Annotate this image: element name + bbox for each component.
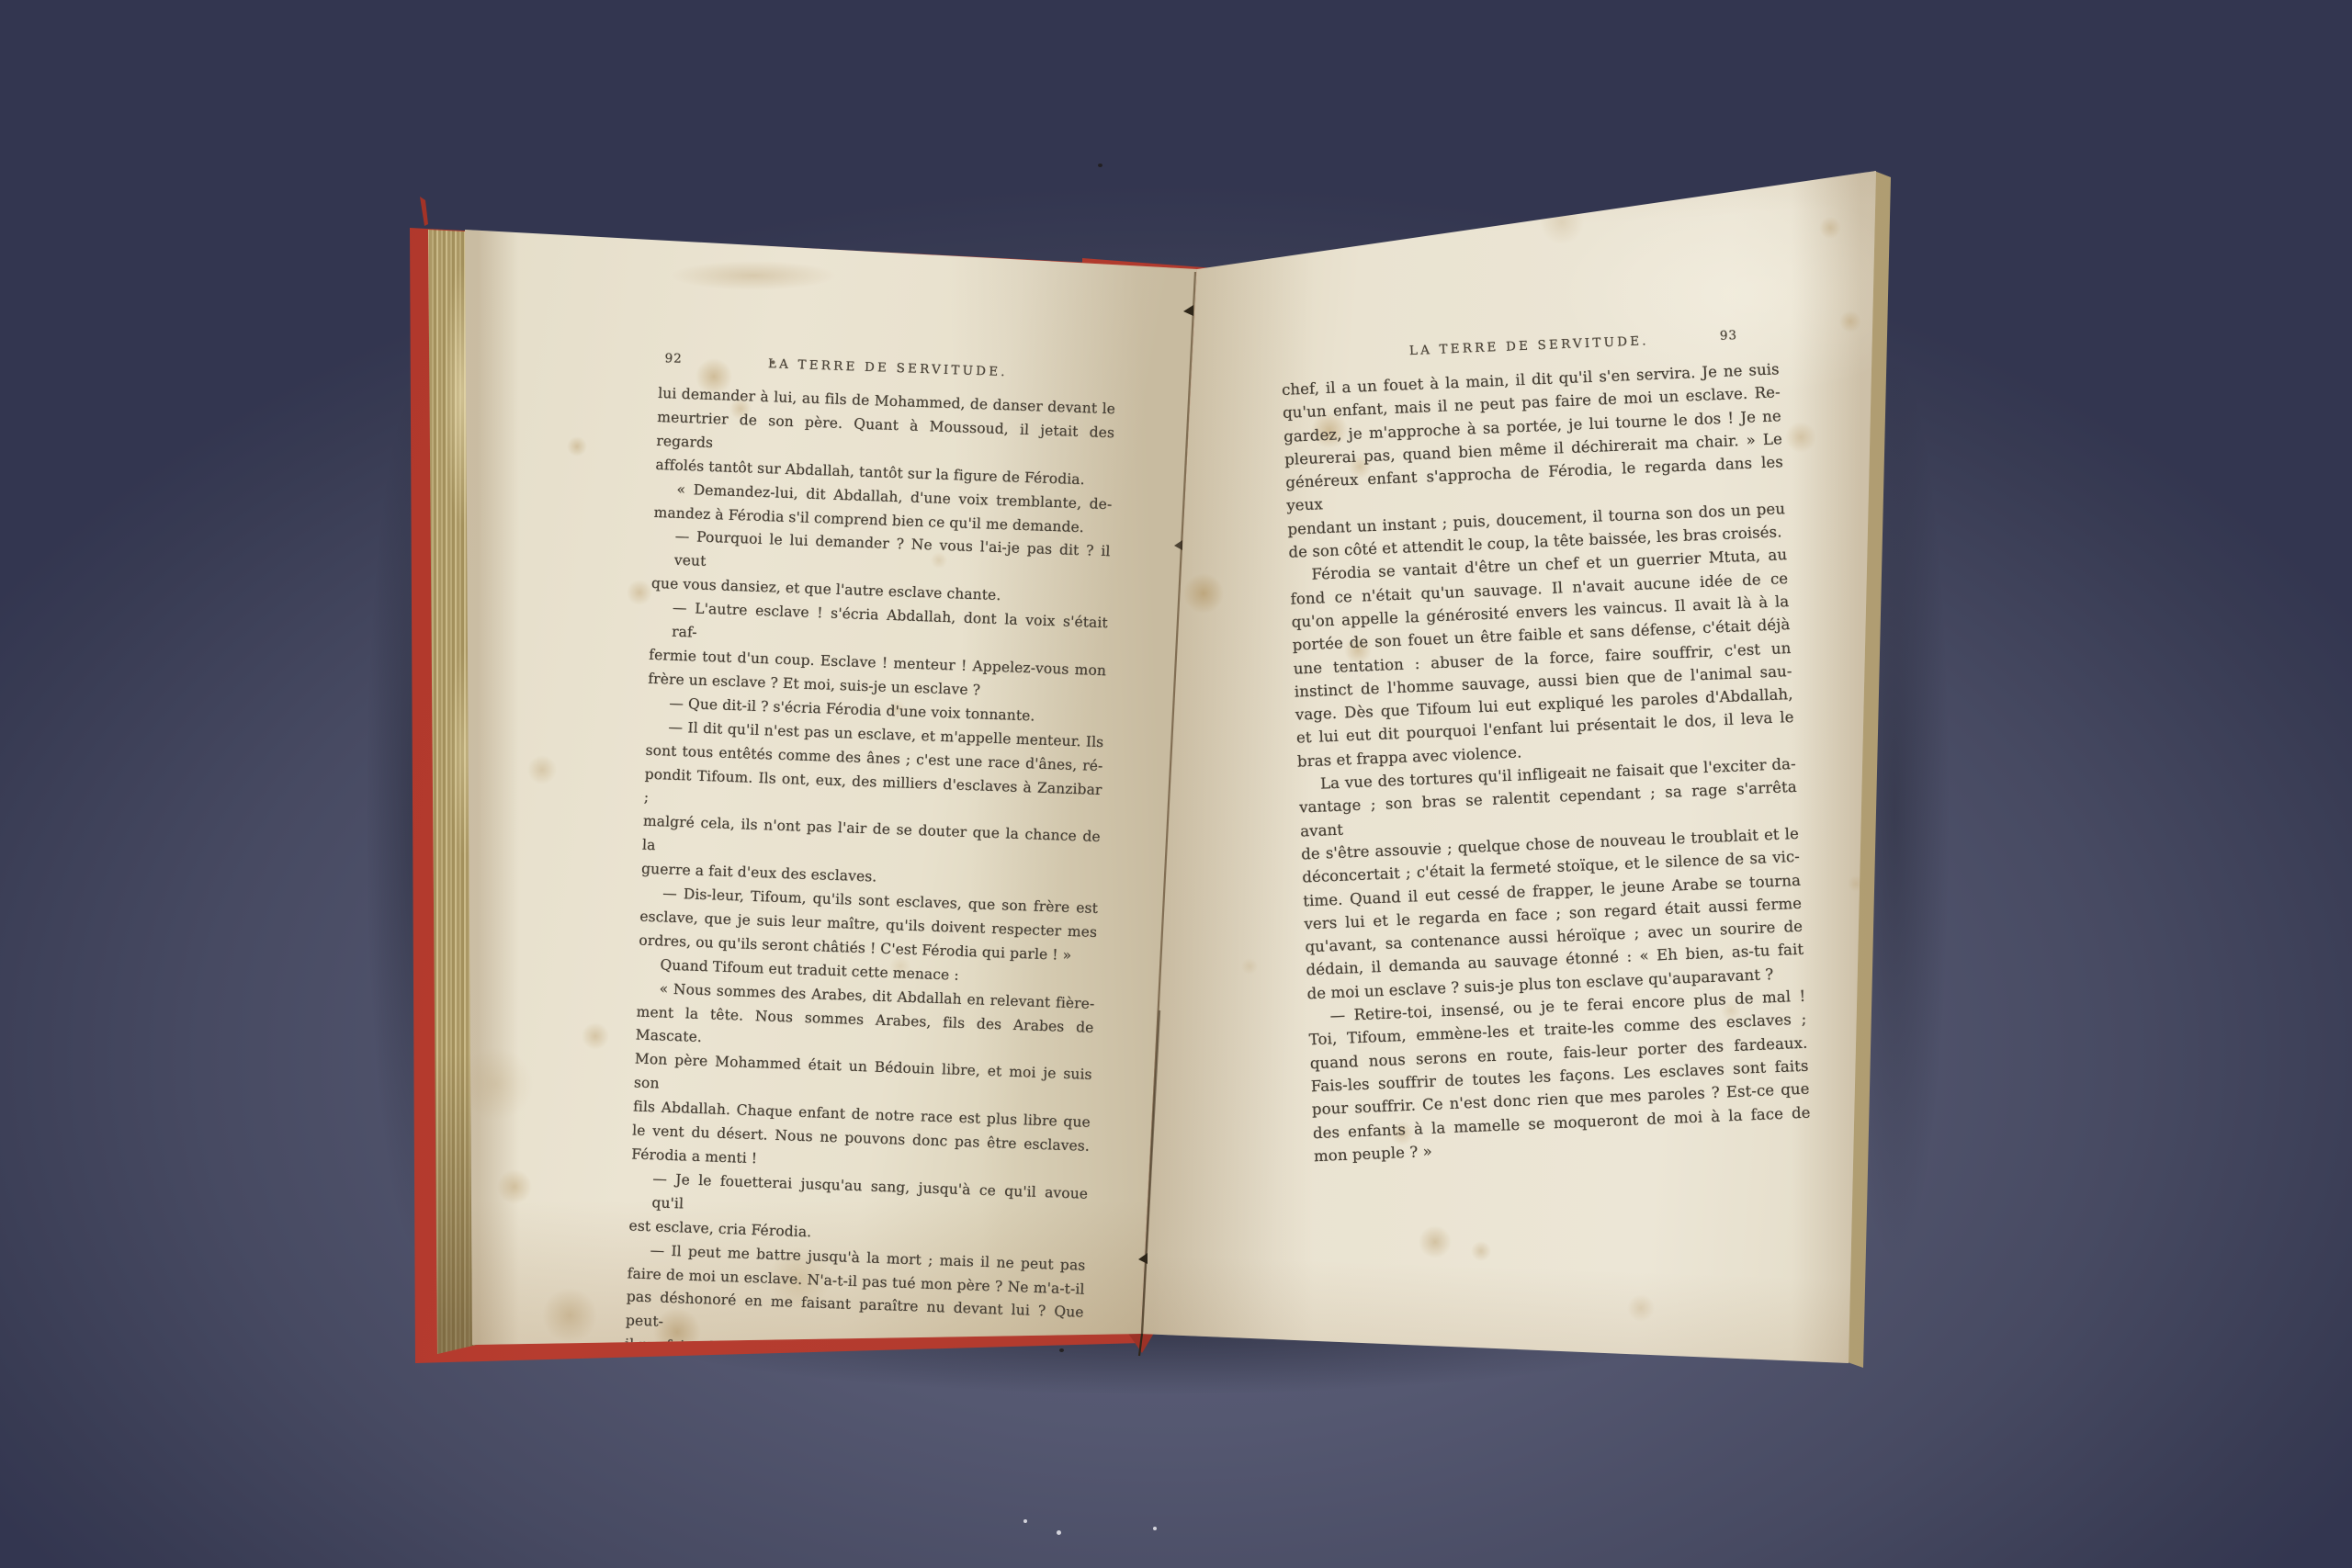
dust-speck bbox=[1057, 1530, 1061, 1535]
stitch-thread-middle bbox=[1174, 540, 1182, 550]
dust-speck bbox=[1098, 164, 1102, 167]
stitch-thread-top bbox=[1183, 305, 1193, 316]
dust-speck bbox=[1023, 1519, 1027, 1523]
frayed-cover-corner bbox=[420, 197, 428, 226]
stitch-thread-bottom bbox=[1138, 1253, 1148, 1264]
photo-scene: 92 LA TERRE DE SERVITUDE. lui demander à… bbox=[0, 0, 2352, 1568]
book-gutter-seam bbox=[0, 0, 2352, 1568]
loose-thread bbox=[1139, 1334, 1142, 1356]
dust-speck bbox=[1153, 1527, 1157, 1530]
dust-speck bbox=[1059, 1348, 1064, 1352]
